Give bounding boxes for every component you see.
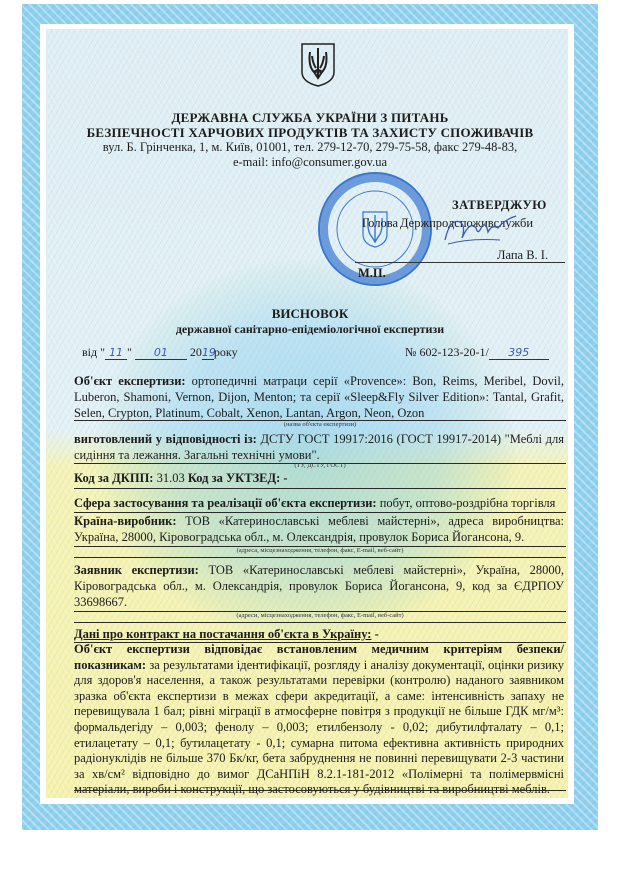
section-criteria: Об'єкт експертизи відповідає встановлени… xyxy=(74,642,564,798)
document-number: № 602-123-20-1/395 xyxy=(405,345,549,360)
divider xyxy=(74,557,566,558)
dkpp-label: Код за ДКПП: xyxy=(74,471,153,485)
section-manufacturer: Країна-виробник: ТОВ «Катеринославські м… xyxy=(74,513,564,545)
uktzed-value: - xyxy=(283,471,287,485)
date-mid: " xyxy=(127,345,132,359)
date-day: 11 xyxy=(105,347,127,360)
number-prefix: № 602-123-20-1/ xyxy=(405,345,489,359)
uktzed-label: Код за УКТЗЕД: xyxy=(188,471,280,485)
object-label: Об'єкт експертизи: xyxy=(74,374,186,388)
manufacturer-label: Країна-виробник: xyxy=(74,514,177,528)
divider xyxy=(74,790,566,791)
number-value: 395 xyxy=(489,347,549,360)
manufacturer-caption: (адреса, місцезнаходження, телефон, факс… xyxy=(74,547,566,554)
applicant-label: Заявник експертизи: xyxy=(74,563,199,577)
standard-label: виготовлений у відповідності із: xyxy=(74,432,257,446)
certificate-content: ДЕРЖАВНА СЛУЖБА УКРАЇНИ З ПИТАНЬ БЕЗПЕЧН… xyxy=(0,0,620,878)
org-name-line2: БЕЗПЕЧНОСТІ ХАРЧОВИХ ПРОДУКТІВ ТА ЗАХИСТ… xyxy=(0,125,620,141)
date-year-suffix: 19 xyxy=(202,347,214,360)
org-address: вул. Б. Грінченка, 1, м. Київ, 01001, те… xyxy=(0,140,620,155)
seal-mark: М.П. xyxy=(358,266,386,281)
section-scope: Сфера застосування та реалізації об'єкта… xyxy=(74,495,564,511)
handwritten-signature-icon xyxy=(440,210,520,250)
contract-value: - xyxy=(375,627,379,641)
section-object: Об'єкт експертизи: ортопедичні матраци с… xyxy=(74,373,564,421)
document-title: ВИСНОВОК xyxy=(0,306,620,322)
date-suffix: року xyxy=(214,345,238,359)
dkpp-value: 31.03 xyxy=(157,471,185,485)
object-caption: (назва об'єкта експертизи) xyxy=(74,421,566,428)
criteria-text: за результатами ідентифікації, розгляду … xyxy=(74,658,564,797)
issue-date: від "11" 01 2019року xyxy=(82,345,238,360)
standard-caption: (ТУ, ДСТУ, ГОСТ) xyxy=(74,462,566,469)
signatory-name: Лапа В. І. xyxy=(497,248,548,263)
section-standard: виготовлений у відповідності із: ДСТУ ГО… xyxy=(74,431,564,463)
signature-line xyxy=(355,262,565,263)
date-year-prefix: 20 xyxy=(190,345,202,359)
section-codes: Код за ДКПП: 31.03 Код за УКТЗЕД: - xyxy=(74,470,564,486)
date-month: 01 xyxy=(135,347,187,360)
org-name-line1: ДЕРЖАВНА СЛУЖБА УКРАЇНИ З ПИТАНЬ xyxy=(0,110,620,126)
scope-text: побут, оптово-роздрібна торгівля xyxy=(380,496,556,510)
approver-role: Голова xyxy=(362,216,398,231)
contract-label: Дані про контракт на постачання об'єкта … xyxy=(74,627,371,641)
divider xyxy=(74,488,566,489)
applicant-caption: (адреси, місцезнаходження, телефон, факс… xyxy=(74,612,566,619)
section-applicant: Заявник експертизи: ТОВ «Катеринославськ… xyxy=(74,562,564,610)
org-email: e-mail: info@consumer.gov.ua xyxy=(0,155,620,170)
trident-coat-of-arms-icon xyxy=(300,42,336,88)
scope-label: Сфера застосування та реалізації об'єкта… xyxy=(74,496,377,510)
document-subtitle: державної санітарно-епідеміологічної екс… xyxy=(0,322,620,337)
date-prefix: від " xyxy=(82,345,105,359)
section-contract: Дані про контракт на постачання об'єкта … xyxy=(74,626,564,642)
divider xyxy=(74,622,566,623)
